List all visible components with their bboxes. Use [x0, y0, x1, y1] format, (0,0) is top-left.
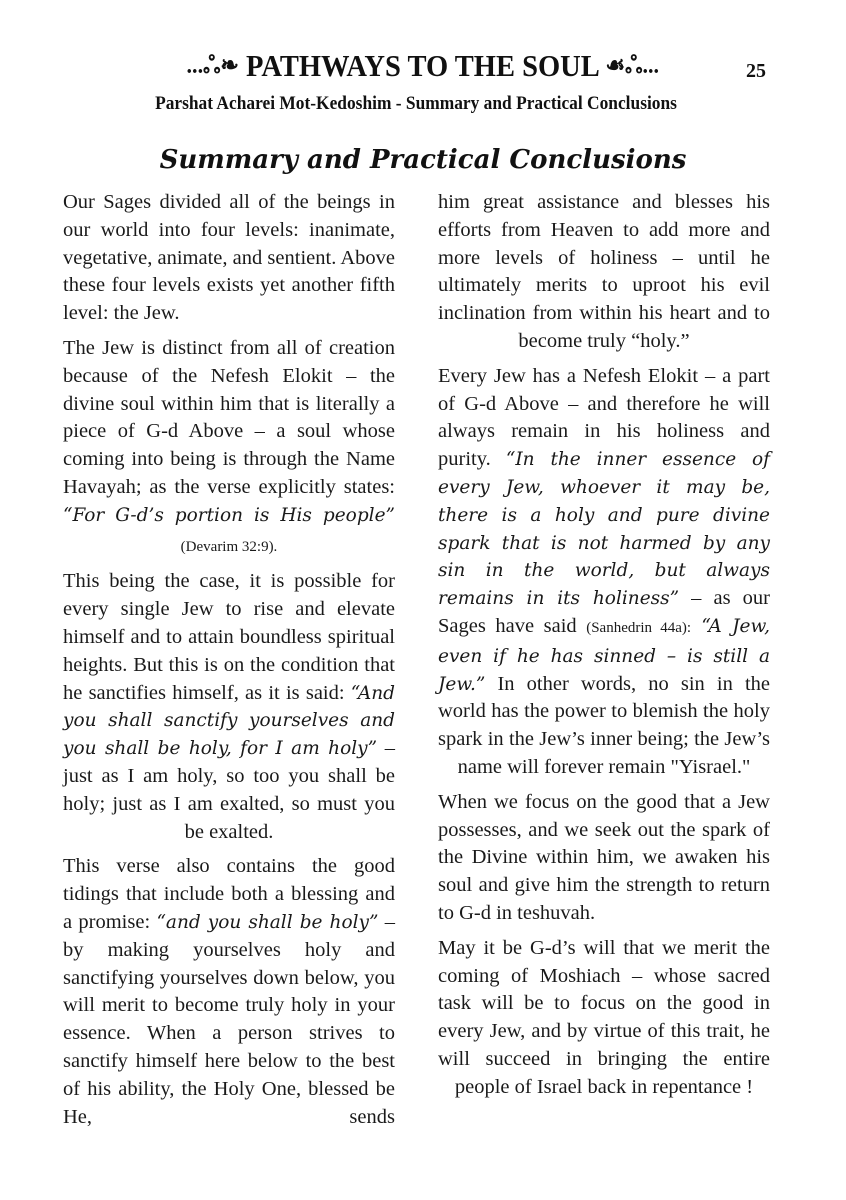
- running-header: ...ஃ❧ PATHWAYS TO THE SOUL ☙ஃ...: [0, 48, 846, 84]
- body-text: In other words, no sin in the world has …: [438, 673, 770, 778]
- paragraph: Every Jew has a Nefesh Elokit – a part o…: [438, 363, 770, 782]
- paragraph: May it be G-d’s will that we merit the c…: [438, 935, 770, 1102]
- left-column: Our Sages divided all of the beings in o…: [63, 189, 395, 1138]
- paragraph: The Jew is distinct from all of creation…: [63, 335, 395, 561]
- flourish-left-icon: ...ஃ❧: [187, 53, 239, 79]
- article-title: Summary and Practical Conclusions: [0, 145, 846, 175]
- running-title: PATHWAYS TO THE SOUL: [246, 48, 598, 83]
- body-text: The Jew is distinct from all of creation…: [63, 337, 395, 498]
- verse-quote: “and you shall be holy”: [156, 912, 378, 933]
- quote: “In the inner essence of every Jew, whoe…: [438, 449, 770, 609]
- paragraph: This being the case, it is possible for …: [63, 568, 395, 846]
- flourish-right-icon: ☙ஃ...: [606, 53, 660, 79]
- verse-quote: “For G-d’s portion is His people”: [63, 505, 395, 526]
- body-text: – by making yourselves holy and sanctify…: [63, 911, 395, 1128]
- right-column: him great assistance and blesses his eff…: [438, 189, 770, 1109]
- running-title-line: ...ஃ❧ PATHWAYS TO THE SOUL ☙ஃ...: [187, 48, 659, 84]
- paragraph: Our Sages divided all of the beings in o…: [63, 189, 395, 328]
- source-reference: (Sanhedrin 44a):: [586, 620, 691, 636]
- paragraph: When we focus on the good that a Jew pos…: [438, 789, 770, 928]
- paragraph: him great assistance and blesses his eff…: [438, 189, 770, 356]
- page-number: 25: [746, 60, 766, 83]
- body-text: This being the case, it is possible for …: [63, 570, 395, 703]
- paragraph: This verse also contains the good tiding…: [63, 853, 395, 1131]
- source-reference: (Devarim 32:9).: [181, 539, 278, 555]
- chapter-subtitle: Parshat Acharei Mot-Kedoshim - Summary a…: [25, 94, 807, 115]
